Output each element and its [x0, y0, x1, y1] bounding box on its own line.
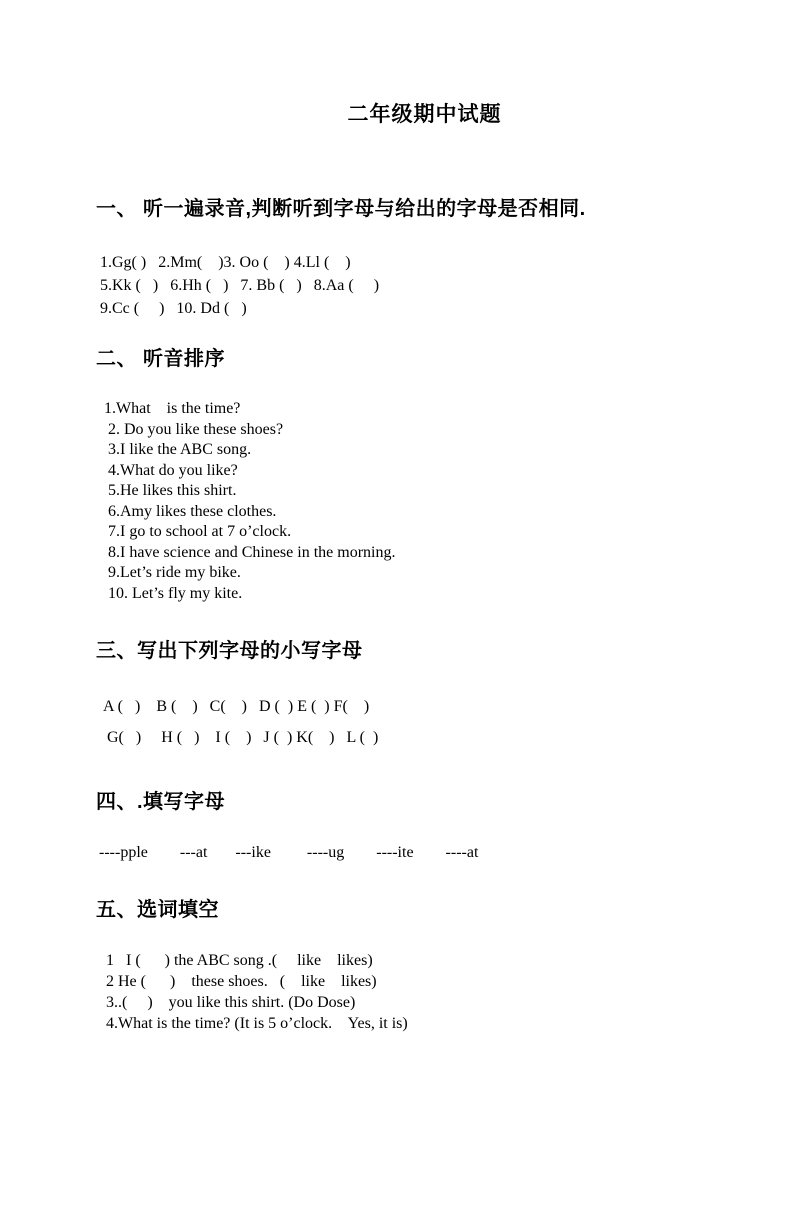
section-1-heading: 一、 听一遍录音,判断听到字母与给出的字母是否相同.	[96, 192, 733, 221]
uppercase-row-1: A ( ) B ( ) C( ) D ( ) E ( ) F( )	[103, 691, 733, 722]
section-4-heading: 四、.填写字母	[96, 785, 733, 814]
page-title: 二年级期中试题	[116, 98, 733, 128]
section-write-lowercase: 三、写出下列字母的小写字母 A ( ) B ( ) C( ) D ( ) E (…	[96, 634, 733, 753]
sentence-1: 1.What is the time?	[104, 399, 733, 420]
section-2-heading: 二、 听音排序	[96, 342, 733, 371]
sentence-6: 6.Amy likes these clothes.	[104, 502, 733, 523]
exam-paper-page: 二年级期中试题 一、 听一遍录音,判断听到字母与给出的字母是否相同. 1.Gg(…	[0, 98, 793, 1220]
section-1-items: 1.Gg( ) 2.Mm( )3. Oo ( ) 4.Ll ( ) 5.Kk (…	[100, 251, 733, 320]
choose-word-item-3: 3..( ) you like this shirt. (Do Dose)	[106, 992, 733, 1013]
sentence-3: 3.I like the ABC song.	[104, 440, 733, 461]
section-2-sentences: 1.What is the time? 2. Do you like these…	[104, 399, 733, 604]
section-3-letter-rows: A ( ) B ( ) C( ) D ( ) E ( ) F( ) G( ) H…	[103, 691, 733, 753]
section-5-heading: 五、选词填空	[96, 893, 733, 922]
letter-judge-line-2: 5.Kk ( ) 6.Hh ( ) 7. Bb ( ) 8.Aa ( )	[100, 274, 733, 297]
sentence-10: 10. Let’s fly my kite.	[104, 584, 733, 605]
sentence-4: 4.What do you like?	[104, 461, 733, 482]
sentence-7: 7.I go to school at 7 o’clock.	[104, 522, 733, 543]
section-listen-judge-letters: 一、 听一遍录音,判断听到字母与给出的字母是否相同. 1.Gg( ) 2.Mm(…	[96, 192, 733, 320]
section-choose-words: 五、选词填空 1 I ( ) the ABC song .( like like…	[96, 893, 733, 1034]
sentence-5: 5.He likes this shirt.	[104, 481, 733, 502]
choose-word-item-1: 1 I ( ) the ABC song .( like likes)	[106, 950, 733, 971]
uppercase-row-2: G( ) H ( ) I ( ) J ( ) K( ) L ( )	[103, 722, 733, 753]
sentence-9: 9.Let’s ride my bike.	[104, 563, 733, 584]
sentence-8: 8.I have science and Chinese in the morn…	[104, 543, 733, 564]
choose-word-item-2: 2 He ( ) these shoes. ( like likes)	[106, 971, 733, 992]
section-listen-order: 二、 听音排序 1.What is the time? 2. Do you li…	[96, 342, 733, 604]
sentence-2: 2. Do you like these shoes?	[104, 420, 733, 441]
letter-judge-line-1: 1.Gg( ) 2.Mm( )3. Oo ( ) 4.Ll ( )	[100, 251, 733, 274]
fill-blank-words-row: ----pple ---at ---ike ----ug ----ite ---…	[99, 842, 733, 863]
letter-judge-line-3: 9.Cc ( ) 10. Dd ( )	[100, 297, 733, 320]
choose-word-item-4: 4.What is the time? (It is 5 o’clock. Ye…	[106, 1013, 733, 1034]
section-5-items: 1 I ( ) the ABC song .( like likes) 2 He…	[106, 950, 733, 1034]
section-4-blanks: ----pple ---at ---ike ----ug ----ite ---…	[99, 842, 733, 863]
section-3-heading: 三、写出下列字母的小写字母	[96, 634, 733, 663]
section-fill-letters: 四、.填写字母 ----pple ---at ---ike ----ug ---…	[96, 785, 733, 863]
